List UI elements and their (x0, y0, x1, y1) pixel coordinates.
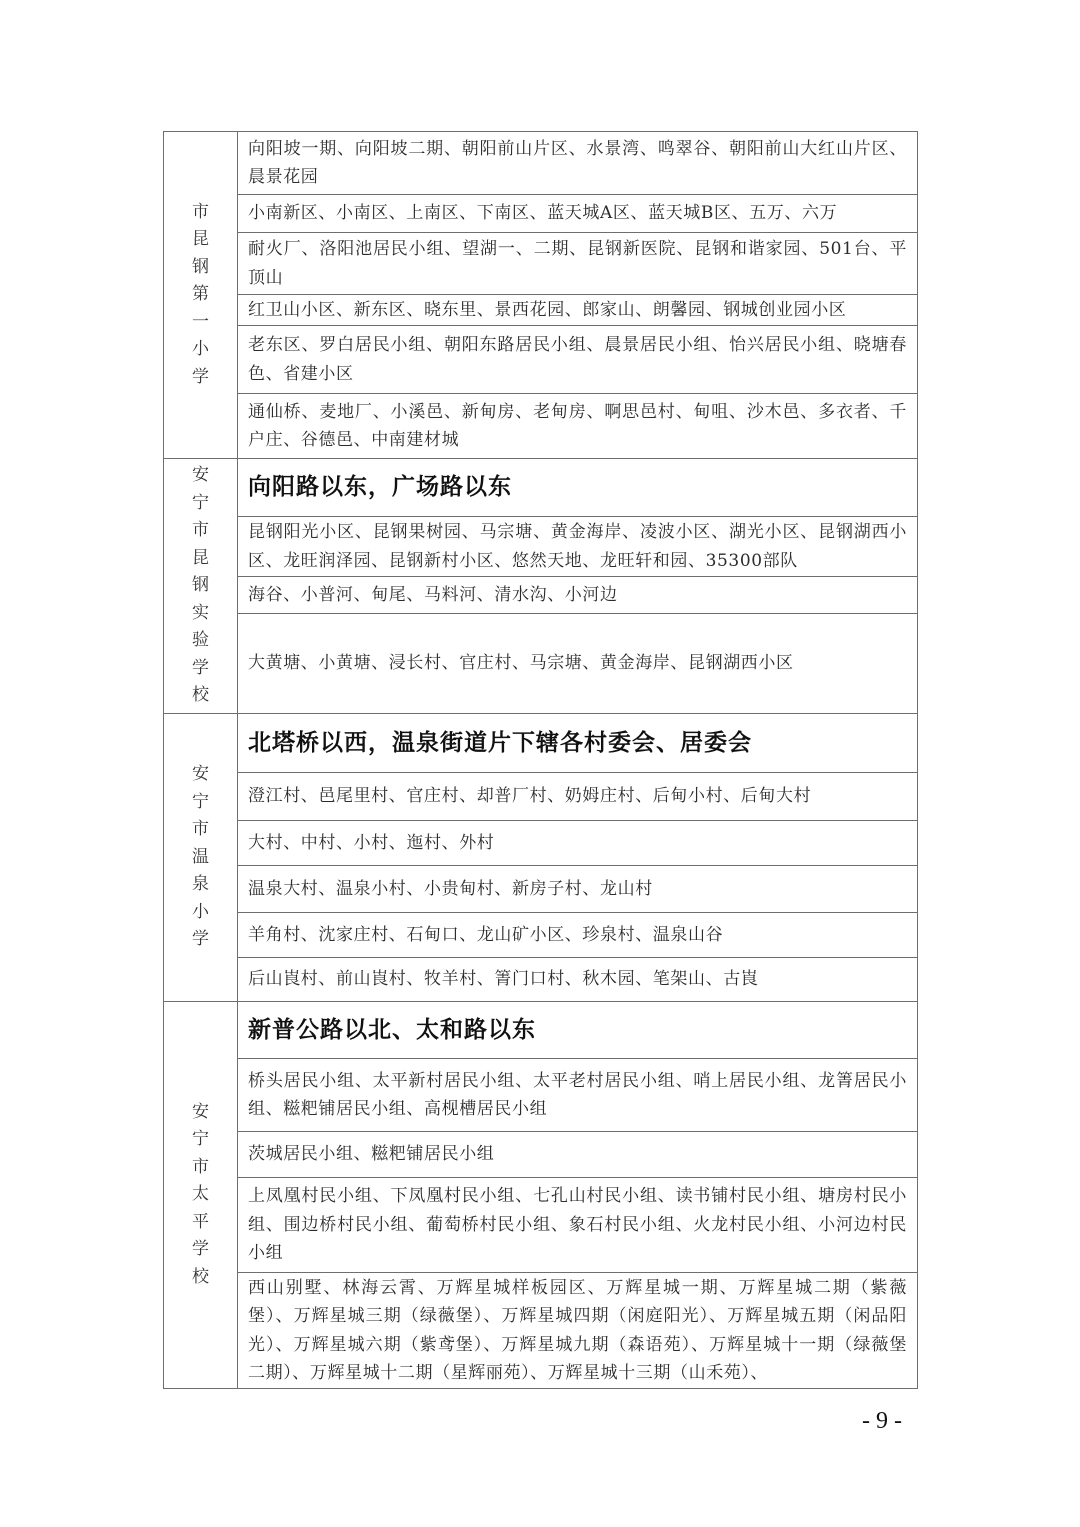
area-cell: 澄江村、邑尾里村、官庄村、却普厂村、奶姆庄村、后甸小村、后甸大村 (238, 773, 918, 821)
area-cell: 后山崀村、前山崀村、牧羊村、箐门口村、秋木园、笔架山、古崀 (238, 958, 918, 1002)
school-name: 安宁市温泉小学 (192, 761, 210, 954)
table-row: 羊角村、沈家庄村、石甸口、龙山矿小区、珍泉村、温泉山谷 (164, 913, 918, 958)
table-row: 澄江村、邑尾里村、官庄村、却普厂村、奶姆庄村、后甸小村、后甸大村 (164, 773, 918, 821)
table-row: 安宁市温泉小学 北塔桥以西，温泉街道片下辖各村委会、居委会 (164, 714, 918, 773)
area-cell: 老东区、罗白居民小组、朝阳东路居民小组、晨景居民小组、怡兴居民小组、晓塘春色、省… (238, 326, 918, 394)
table-row: 大黄塘、小黄塘、浸长村、官庄村、马宗塘、黄金海岸、昆钢湖西小区 (164, 614, 918, 714)
table-row: 后山崀村、前山崀村、牧羊村、箐门口村、秋木园、笔架山、古崀 (164, 958, 918, 1002)
table-row: 桥头居民小组、太平新村居民小组、太平老村居民小组、哨上居民小组、龙箐居民小组、糍… (164, 1059, 918, 1132)
area-cell: 向阳坡一期、向阳坡二期、朝阳前山片区、水景湾、鸣翠谷、朝阳前山大红山片区、晨景花… (238, 132, 918, 195)
table-row: 耐火厂、洛阳池居民小组、望湖一、二期、昆钢新医院、昆钢和谐家园、501台、平顶山 (164, 233, 918, 295)
table-row: 安宁市太平学校 新普公路以北、太和路以东 (164, 1002, 918, 1059)
school-name-cell: 市昆钢第一小学 (164, 132, 238, 459)
table-row: 温泉大村、温泉小村、小贵甸村、新房子村、龙山村 (164, 866, 918, 913)
table-row: 小南新区、小南区、上南区、下南区、蓝天城A区、蓝天城B区、五万、六万 (164, 195, 918, 233)
area-cell: 海谷、小普河、甸尾、马料河、清水沟、小河边 (238, 577, 918, 614)
area-cell: 茨城居民小组、糍粑铺居民小组 (238, 1132, 918, 1178)
school-district-table: 市昆钢第一小学 向阳坡一期、向阳坡二期、朝阳前山片区、水景湾、鸣翠谷、朝阳前山大… (163, 131, 918, 1389)
area-cell: 大黄塘、小黄塘、浸长村、官庄村、马宗塘、黄金海岸、昆钢湖西小区 (238, 614, 918, 714)
school-name: 安宁市太平学校 (192, 1099, 210, 1292)
school-name-cell: 安宁市温泉小学 (164, 714, 238, 1002)
table-row: 通仙桥、麦地厂、小溪邑、新甸房、老甸房、啊思邑村、甸咀、沙木邑、多衣者、千户庄、… (164, 394, 918, 459)
table-row: 昆钢阳光小区、昆钢果树园、马宗塘、黄金海岸、凌波小区、湖光小区、昆钢湖西小区、龙… (164, 517, 918, 577)
table-row: 茨城居民小组、糍粑铺居民小组 (164, 1132, 918, 1178)
area-cell: 桥头居民小组、太平新村居民小组、太平老村居民小组、哨上居民小组、龙箐居民小组、糍… (238, 1059, 918, 1132)
area-cell: 通仙桥、麦地厂、小溪邑、新甸房、老甸房、啊思邑村、甸咀、沙木邑、多衣者、千户庄、… (238, 394, 918, 459)
school-name: 市昆钢第一小学 (192, 199, 210, 392)
area-heading-cell: 向阳路以东，广场路以东 (238, 459, 918, 517)
area-cell: 西山别墅、林海云霄、万辉星城样板园区、万辉星城一期、万辉星城二期（紫薇堡）、万辉… (238, 1273, 918, 1389)
school-name-cell: 安宁市太平学校 (164, 1002, 238, 1389)
table-row: 海谷、小普河、甸尾、马料河、清水沟、小河边 (164, 577, 918, 614)
area-cell: 昆钢阳光小区、昆钢果树园、马宗塘、黄金海岸、凌波小区、湖光小区、昆钢湖西小区、龙… (238, 517, 918, 577)
school-name: 安宁市昆钢实验学校 (192, 462, 210, 710)
area-heading-cell: 新普公路以北、太和路以东 (238, 1002, 918, 1059)
table-row: 大村、中村、小村、迤村、外村 (164, 821, 918, 866)
area-cell: 大村、中村、小村、迤村、外村 (238, 821, 918, 866)
table-row: 上凤凰村民小组、下凤凰村民小组、七孔山村民小组、读书铺村民小组、塘房村民小组、围… (164, 1178, 918, 1273)
area-cell: 温泉大村、温泉小村、小贵甸村、新房子村、龙山村 (238, 866, 918, 913)
area-cell: 小南新区、小南区、上南区、下南区、蓝天城A区、蓝天城B区、五万、六万 (238, 195, 918, 233)
area-cell: 耐火厂、洛阳池居民小组、望湖一、二期、昆钢新医院、昆钢和谐家园、501台、平顶山 (238, 233, 918, 295)
table-row: 安宁市昆钢实验学校 向阳路以东，广场路以东 (164, 459, 918, 517)
table-row: 老东区、罗白居民小组、朝阳东路居民小组、晨景居民小组、怡兴居民小组、晓塘春色、省… (164, 326, 918, 394)
document-page: 市昆钢第一小学 向阳坡一期、向阳坡二期、朝阳前山片区、水景湾、鸣翠谷、朝阳前山大… (0, 0, 1080, 1527)
table-row: 市昆钢第一小学 向阳坡一期、向阳坡二期、朝阳前山片区、水景湾、鸣翠谷、朝阳前山大… (164, 132, 918, 195)
area-cell: 红卫山小区、新东区、晓东里、景西花园、郎家山、朗馨园、钢城创业园小区 (238, 295, 918, 326)
table-row: 西山别墅、林海云霄、万辉星城样板园区、万辉星城一期、万辉星城二期（紫薇堡）、万辉… (164, 1273, 918, 1389)
page-number: - 9 - (862, 1408, 902, 1435)
school-name-cell: 安宁市昆钢实验学校 (164, 459, 238, 714)
table-row: 红卫山小区、新东区、晓东里、景西花园、郎家山、朗馨园、钢城创业园小区 (164, 295, 918, 326)
area-cell: 羊角村、沈家庄村、石甸口、龙山矿小区、珍泉村、温泉山谷 (238, 913, 918, 958)
area-heading-cell: 北塔桥以西，温泉街道片下辖各村委会、居委会 (238, 714, 918, 773)
area-cell: 上凤凰村民小组、下凤凰村民小组、七孔山村民小组、读书铺村民小组、塘房村民小组、围… (238, 1178, 918, 1273)
